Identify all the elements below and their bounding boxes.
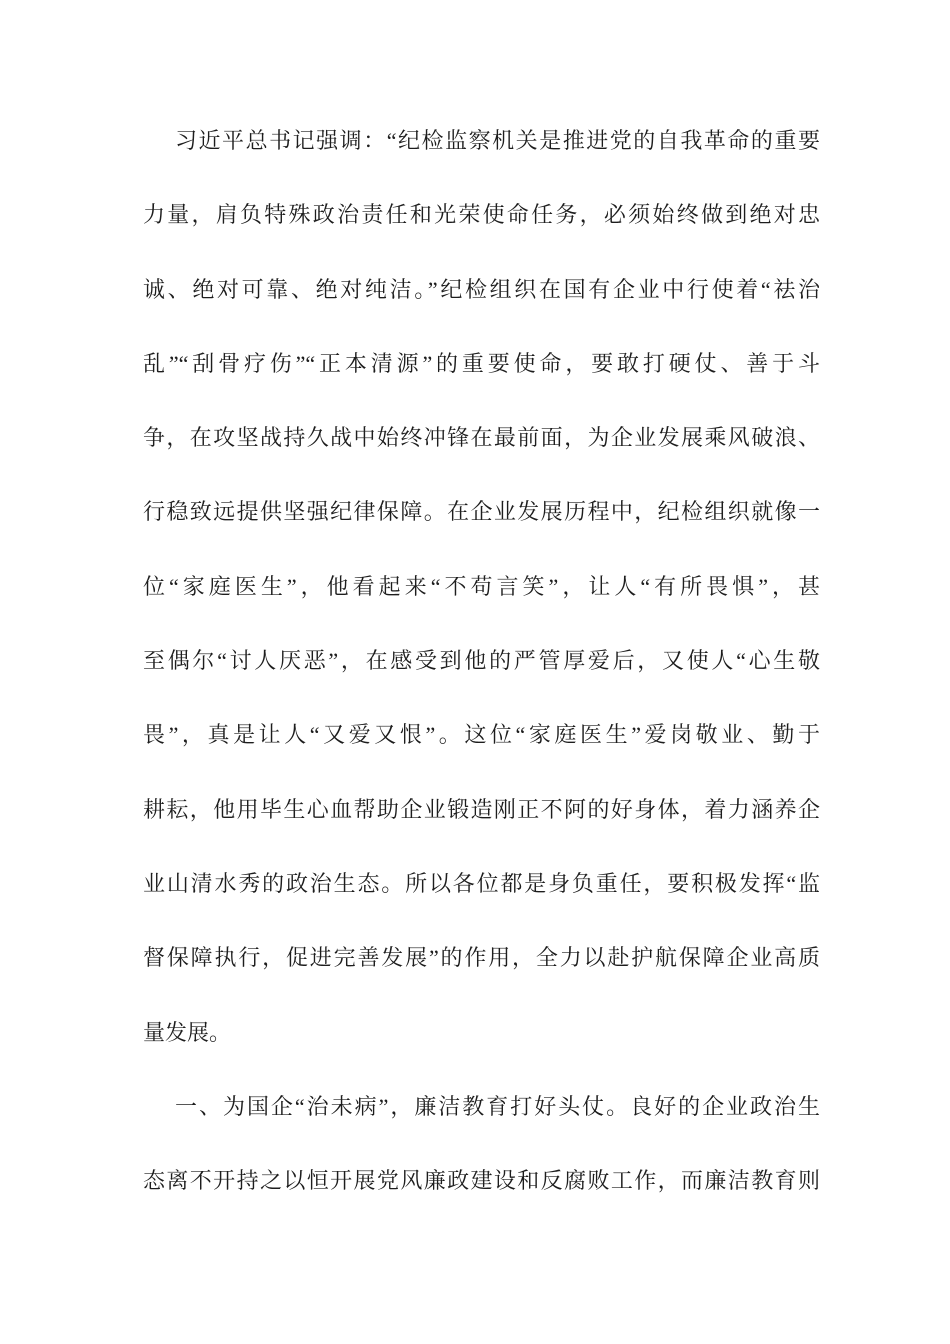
text-line: 督保障执行，促进完善发展”的作用，全力以赴护航保障企业高质 (143, 921, 820, 995)
text-line: 乱”“刮骨疗伤”“正本清源”的重要使命，要敢打硬仗、善于斗 (143, 327, 820, 401)
text-line: 行稳致远提供坚强纪律保障。在企业发展历程中，纪检组织就像一 (143, 475, 820, 549)
text-line: 力量，肩负特殊政治责任和光荣使命任务，必须始终做到绝对忠 (143, 178, 820, 252)
text-line: 量发展。 (143, 996, 820, 1070)
text-line: 习近平总书记强调：“纪检监察机关是推进党的自我革命的重要 (143, 104, 820, 178)
text-line: 至偶尔“讨人厌恶”，在感受到他的严管厚爱后，又使人“心生敬 (143, 624, 820, 698)
text-line: 争，在攻坚战持久战中始终冲锋在最前面，为企业发展乘风破浪、 (143, 401, 820, 475)
text-line: 畏”，真是让人“又爱又恨”。这位“家庭医生”爱岗敬业、勤于 (143, 698, 820, 772)
text-line: 诚、绝对可靠、绝对纯洁。”纪检组织在国有企业中行使着“祛治 (143, 253, 820, 327)
text-line: 态离不开持之以恒开展党风廉政建设和反腐败工作，而廉洁教育则 (143, 1144, 820, 1218)
text-line: 位“家庭医生”，他看起来“不苟言笑”，让人“有所畏惧”，甚 (143, 550, 820, 624)
text-line: 耕耘，他用毕生心血帮助企业锻造刚正不阿的好身体，着力涵养企 (143, 773, 820, 847)
text-line: 一、为国企“治未病”，廉洁教育打好头仗。良好的企业政治生 (143, 1070, 820, 1144)
document-page: 习近平总书记强调：“纪检监察机关是推进党的自我革命的重要力量，肩负特殊政治责任和… (0, 0, 950, 1344)
document-content: 习近平总书记强调：“纪检监察机关是推进党的自我革命的重要力量，肩负特殊政治责任和… (143, 104, 820, 1218)
text-line: 业山清水秀的政治生态。所以各位都是身负重任，要积极发挥“监 (143, 847, 820, 921)
